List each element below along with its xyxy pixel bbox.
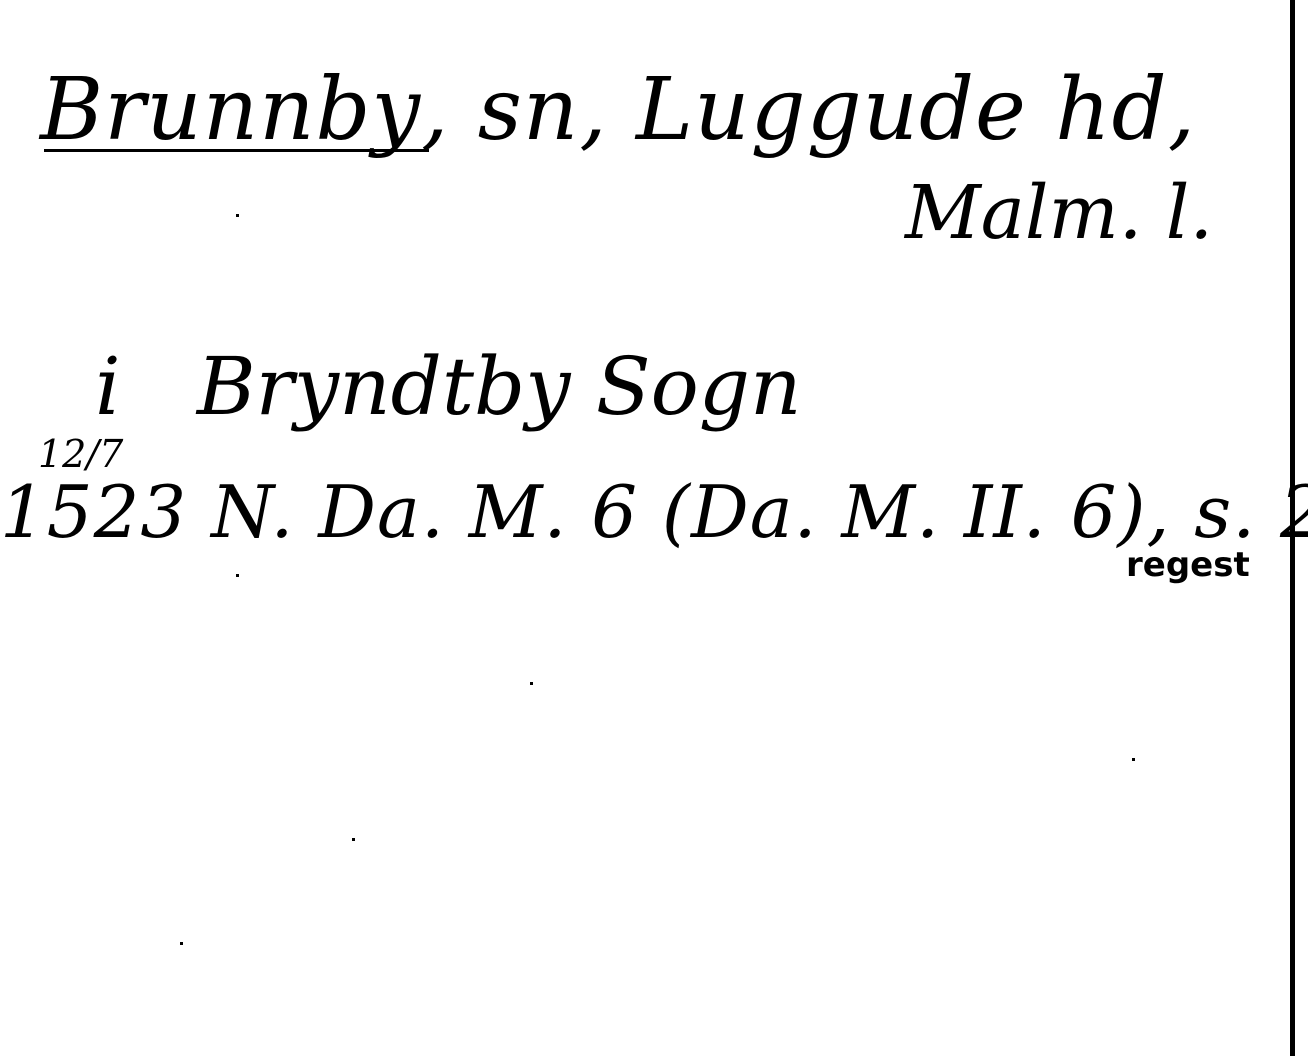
citation-source: N. Da. M. 6 (Da. M. II. 6), s. 289, not … bbox=[211, 470, 1308, 554]
scan-speck bbox=[530, 682, 533, 685]
scan-speck bbox=[1132, 758, 1135, 761]
attestation-prefix: i bbox=[95, 340, 121, 433]
annotation-note: regest bbox=[1126, 545, 1250, 585]
scan-speck bbox=[352, 838, 355, 841]
attested-form: Bryndtby Sogn bbox=[197, 340, 802, 433]
index-card: Brunnby, sn, Luggude hd, Malm. l. i Bryn… bbox=[0, 0, 1308, 1056]
card-heading: Brunnby, sn, Luggude hd, bbox=[40, 60, 1196, 160]
place-name: Brunnby bbox=[40, 60, 421, 160]
scan-speck bbox=[180, 942, 183, 945]
place-type: sn bbox=[478, 60, 580, 160]
county-name: Malm. l. bbox=[905, 170, 1213, 256]
citation-line: 1523 N. Da. M. 6 (Da. M. II. 6), s. 289,… bbox=[0, 470, 1308, 554]
scan-speck bbox=[236, 214, 239, 217]
attestation-line: i Bryndtby Sogn bbox=[95, 340, 802, 433]
district-name: Luggude hd, bbox=[636, 60, 1196, 160]
citation-year: 1523 bbox=[0, 470, 187, 554]
scan-speck bbox=[236, 574, 239, 577]
